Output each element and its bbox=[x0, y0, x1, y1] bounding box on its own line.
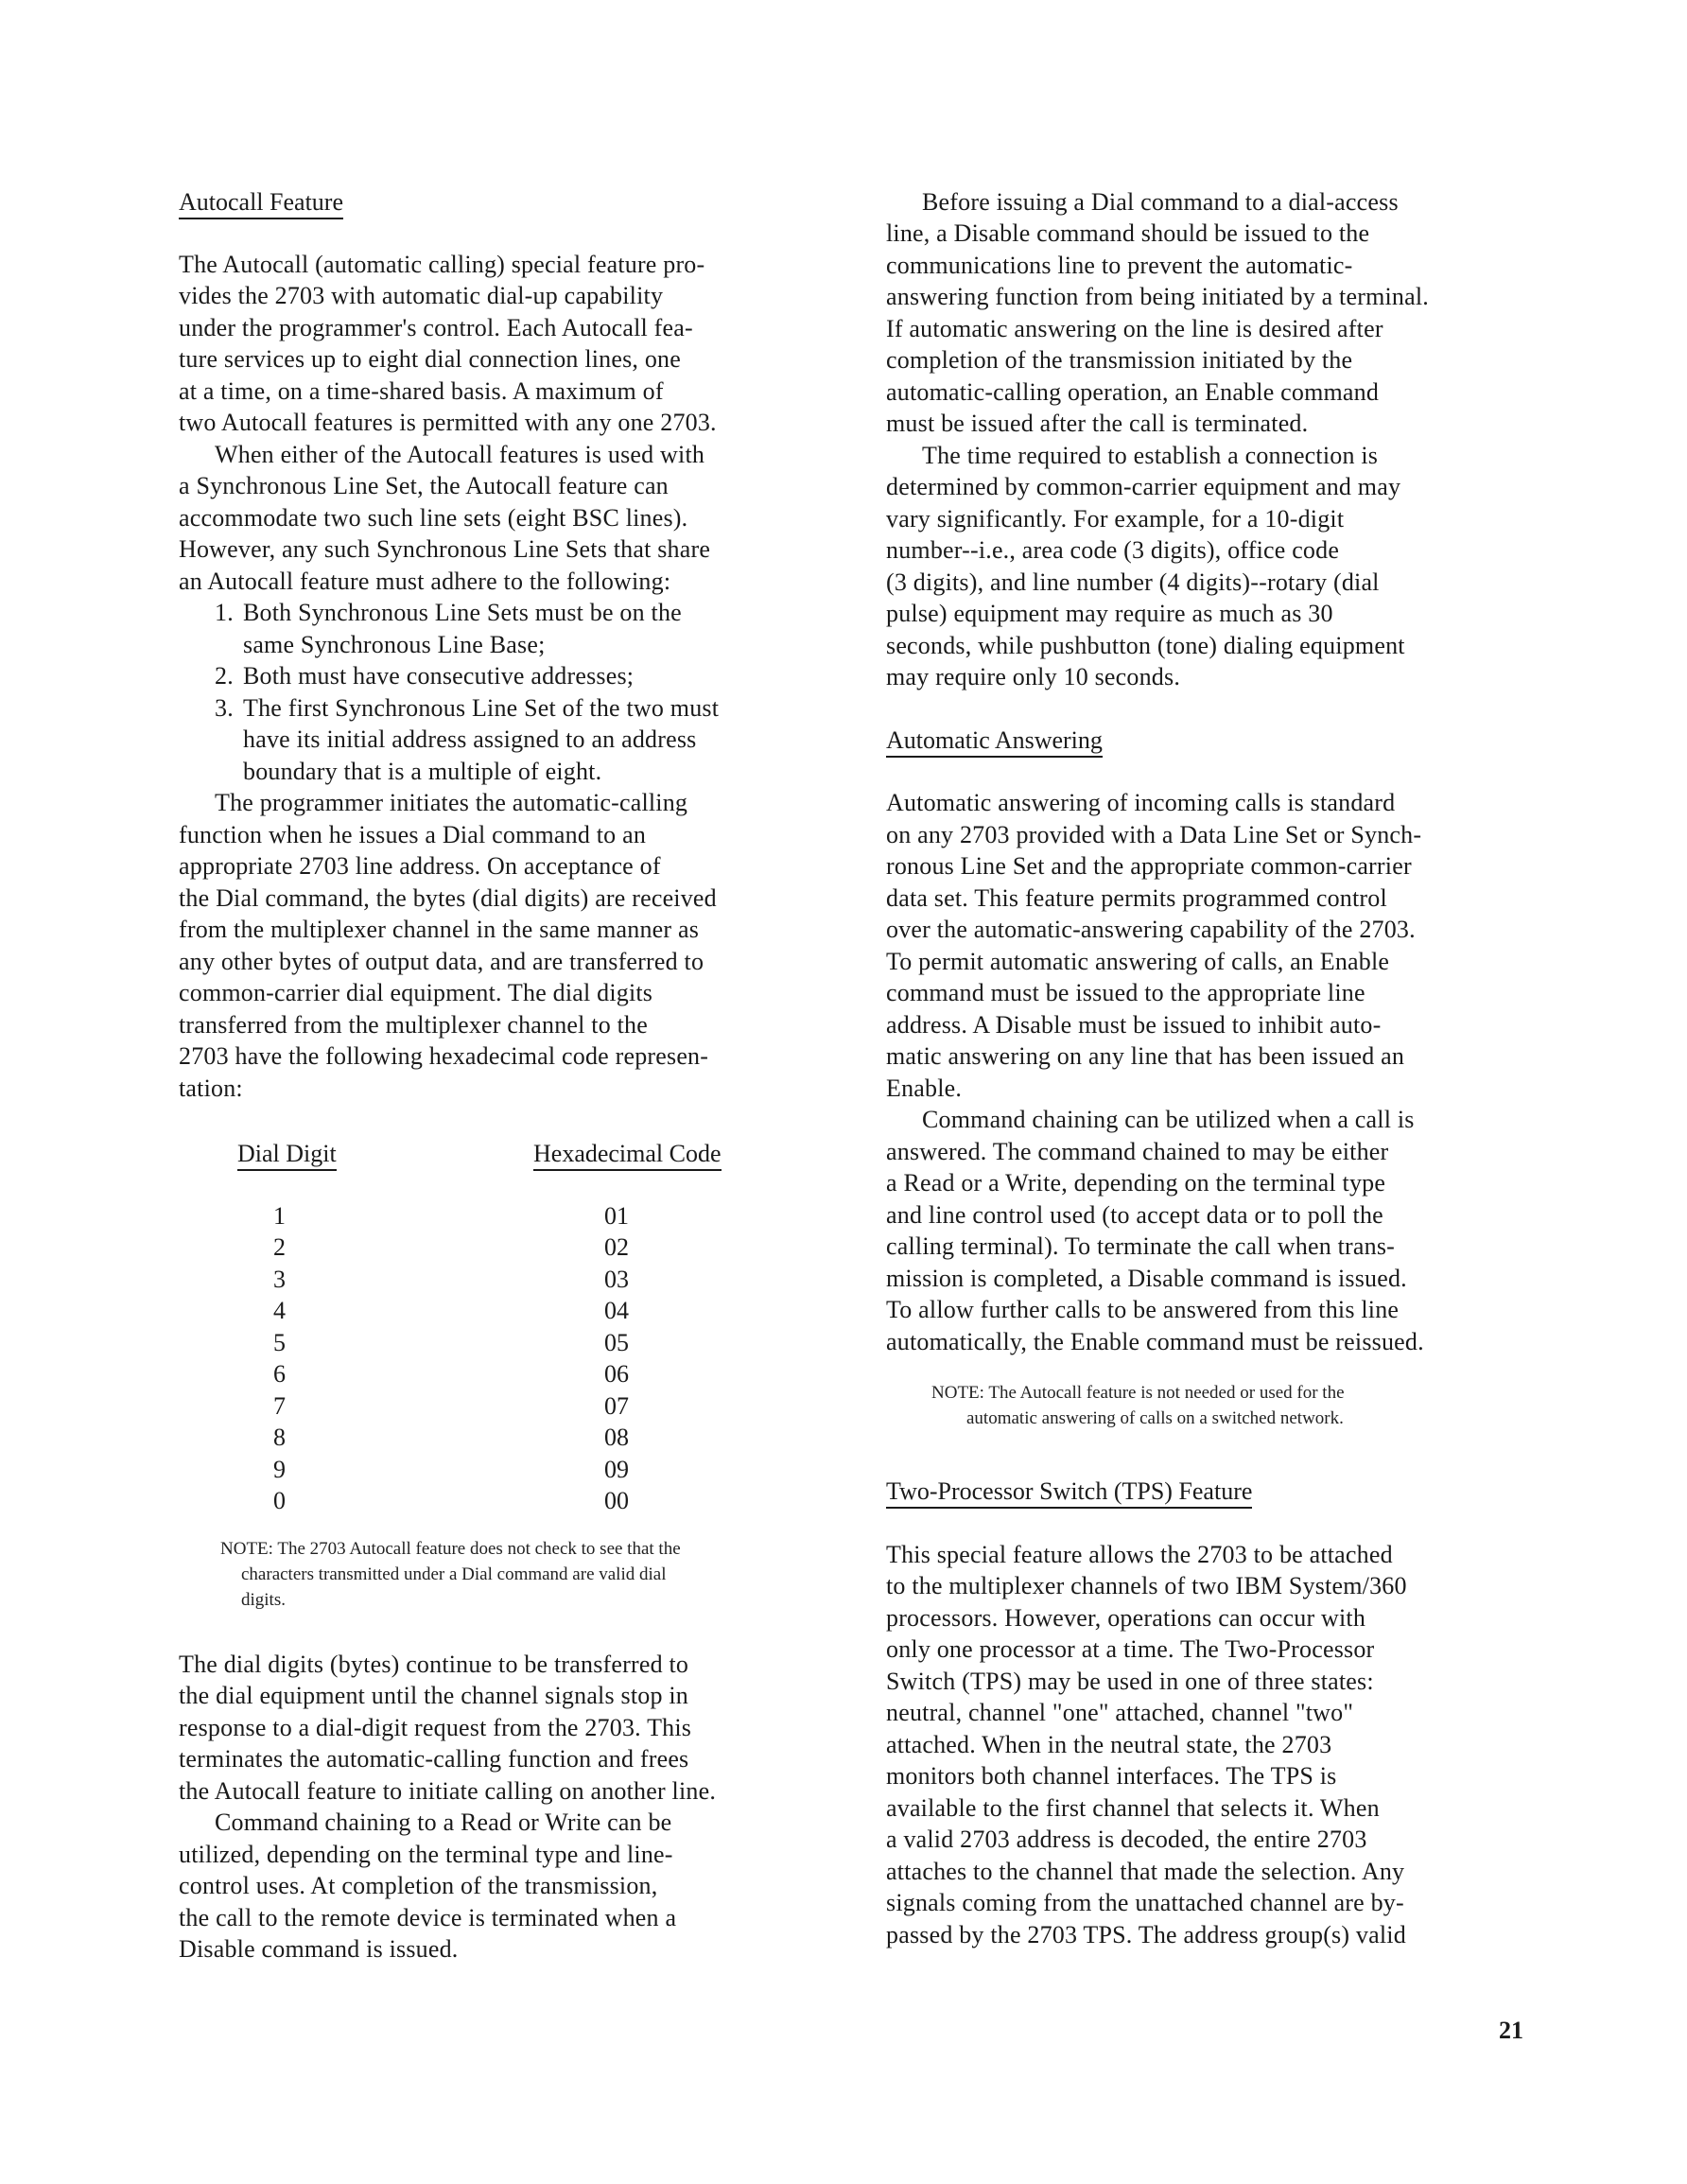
column-header-dial-digit: Dial Digit bbox=[237, 1138, 337, 1171]
section-heading-automatic-answering: Automatic Answering bbox=[886, 725, 1103, 758]
column-header-hex-code: Hexadecimal Code bbox=[533, 1138, 722, 1171]
section-heading-tps-feature: Two-Processor Switch (TPS) Feature bbox=[886, 1476, 1252, 1509]
page-number: 21 bbox=[1499, 2017, 1523, 2045]
section-heading-autocall: Autocall Feature bbox=[179, 186, 343, 219]
